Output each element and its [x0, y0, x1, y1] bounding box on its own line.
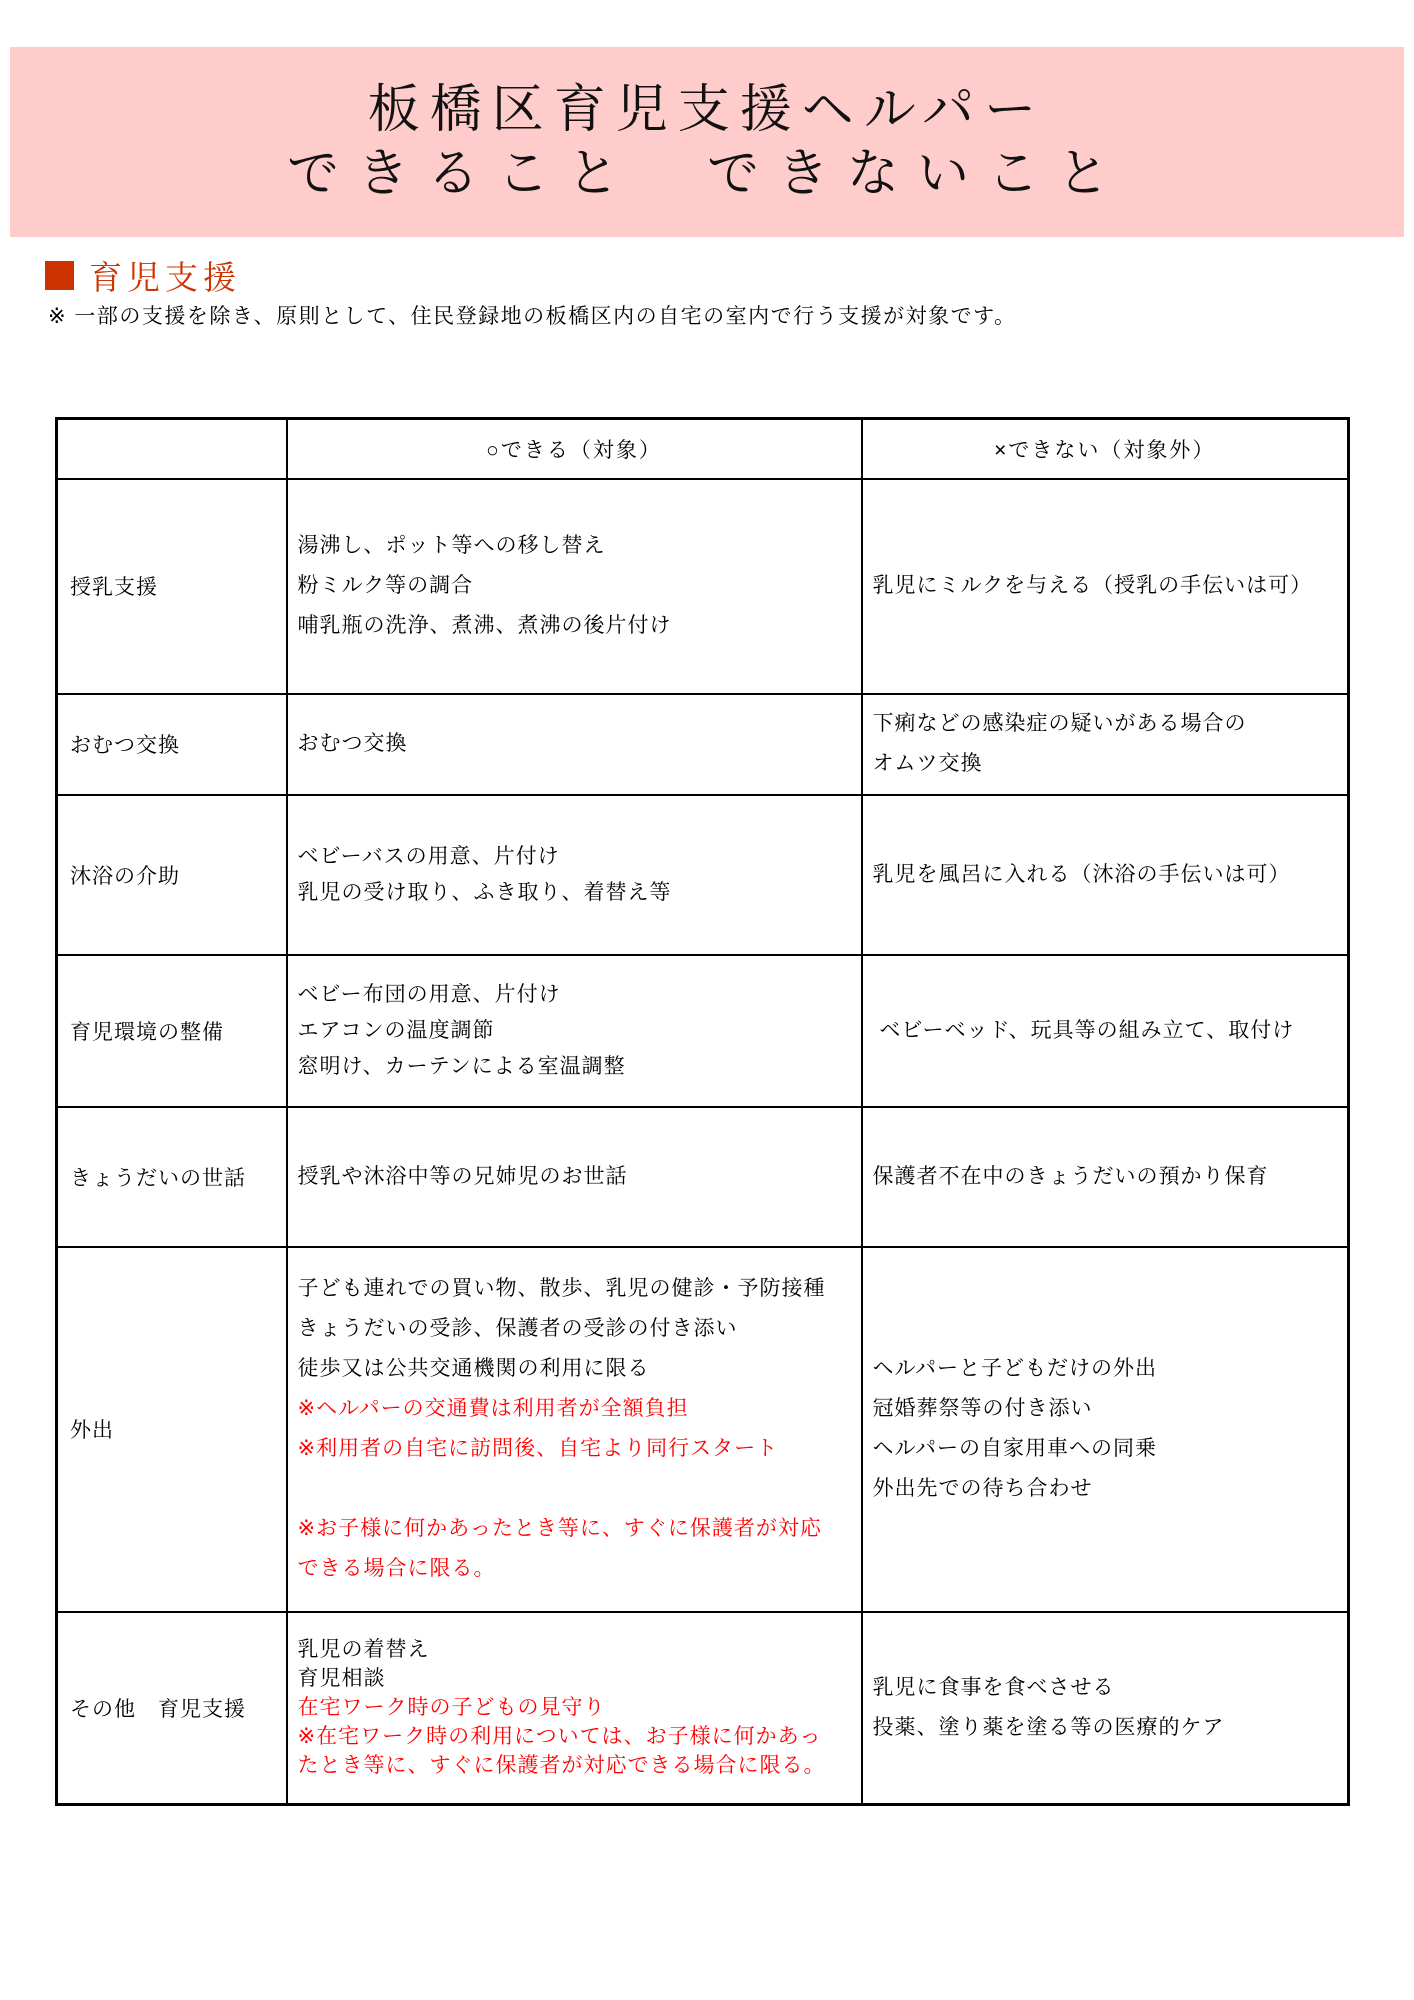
- cell-line: 乳児の受け取り、ふき取り、着替え等: [298, 875, 855, 911]
- cell-line: ※在宅ワーク時の利用については、お子様に何かあっ: [298, 1722, 855, 1751]
- cell-line: 冠婚葬祭等の付き添い: [873, 1389, 1342, 1429]
- cell-line: オムツ交換: [873, 744, 1342, 784]
- page-title-line1: 板橋区育児支援ヘルパー: [287, 78, 1127, 142]
- page-title: 板橋区育児支援ヘルパー できること できないこと: [287, 78, 1127, 206]
- cell-line: 湯沸し、ポット等への移し替え: [298, 526, 855, 566]
- can-cell: 湯沸し、ポット等への移し替え粉ミルク等の調合哺乳瓶の洗浄、煮沸、煮沸の後片付け: [287, 479, 862, 694]
- header-can-cell: ○できる（対象）: [287, 419, 862, 479]
- table-row: 外出子ども連れでの買い物、散歩、乳児の健診・予防接種きょうだいの受診、保護者の受…: [57, 1247, 1349, 1612]
- table-row: おむつ交換おむつ交換下痢などの感染症の疑いがある場合のオムツ交換: [57, 694, 1349, 795]
- table-row: その他 育児支援乳児の着替え育児相談在宅ワーク時の子どもの見守り※在宅ワーク時の…: [57, 1612, 1349, 1805]
- can-cell: ベビー布団の用意、片付けエアコンの温度調節窓明け、カーテンによる室温調整: [287, 955, 862, 1107]
- cell-line: ベビーバスの用意、片付け: [298, 839, 855, 875]
- table-row: 育児環境の整備ベビー布団の用意、片付けエアコンの温度調節窓明け、カーテンによる室…: [57, 955, 1349, 1107]
- table-header-row: ○できる（対象） ×できない（対象外）: [57, 419, 1349, 479]
- row-label-cell: 沐浴の介助: [57, 795, 287, 955]
- cell-line: 子ども連れでの買い物、散歩、乳児の健診・予防接種: [298, 1269, 855, 1309]
- cell-line: 在宅ワーク時の子どもの見守り: [298, 1693, 855, 1722]
- row-label-cell: 外出: [57, 1247, 287, 1612]
- cell-line: ※お子様に何かあったとき等に、すぐに保護者が対応: [298, 1509, 855, 1549]
- cell-line: 授乳や沐浴中等の兄姉児のお世話: [298, 1159, 855, 1195]
- cannot-cell: ベビーベッド、玩具等の組み立て、取付け: [862, 955, 1349, 1107]
- can-cell: 授乳や沐浴中等の兄姉児のお世話: [287, 1107, 862, 1247]
- section-heading-label: 育児支援: [89, 252, 241, 299]
- header-cannot-cell: ×できない（対象外）: [862, 419, 1349, 479]
- cell-line: きょうだいの受診、保護者の受診の付き添い: [298, 1309, 855, 1349]
- cell-line: ベビー布団の用意、片付け: [298, 977, 855, 1013]
- cannot-cell: 乳児に食事を食べさせる投薬、塗り薬を塗る等の医療的ケア: [862, 1612, 1349, 1805]
- cell-line: 下痢などの感染症の疑いがある場合の: [873, 704, 1342, 744]
- cell-line: 哺乳瓶の洗浄、煮沸、煮沸の後片付け: [298, 606, 855, 646]
- title-banner: 板橋区育児支援ヘルパー できること できないこと: [10, 47, 1404, 237]
- cell-line: できる場合に限る。: [298, 1549, 855, 1589]
- can-cell: ベビーバスの用意、片付け乳児の受け取り、ふき取り、着替え等: [287, 795, 862, 955]
- cell-line: エアコンの温度調節: [298, 1013, 855, 1049]
- cell-line: 投薬、塗り薬を塗る等の医療的ケア: [873, 1708, 1342, 1748]
- cell-line: 窓明け、カーテンによる室温調整: [298, 1049, 855, 1085]
- cell-line: 乳児の着替え: [298, 1635, 855, 1664]
- can-cell: 乳児の着替え育児相談在宅ワーク時の子どもの見守り※在宅ワーク時の利用については、…: [287, 1612, 862, 1805]
- row-label-cell: 授乳支援: [57, 479, 287, 694]
- section-bullet-square-icon: [45, 261, 74, 290]
- cell-line: 外出先での待ち合わせ: [873, 1469, 1342, 1509]
- row-label-cell: その他 育児支援: [57, 1612, 287, 1805]
- table-row: きょうだいの世話授乳や沐浴中等の兄姉児のお世話保護者不在中のきょうだいの預かり保…: [57, 1107, 1349, 1247]
- scope-note: ※ 一部の支援を除き、原則として、住民登録地の板橋区内の自宅の室内で行う支援が対…: [48, 300, 1017, 330]
- cell-line: 保護者不在中のきょうだいの預かり保育: [873, 1157, 1342, 1197]
- cannot-cell: 保護者不在中のきょうだいの預かり保育: [862, 1107, 1349, 1247]
- cell-line: 徒歩又は公共交通機関の利用に限る: [298, 1349, 855, 1389]
- page-title-line2: できること できないこと: [287, 142, 1127, 206]
- cannot-cell: 乳児を風呂に入れる（沐浴の手伝いは可）: [862, 795, 1349, 955]
- cell-line: ヘルパーの自家用車への同乗: [873, 1429, 1342, 1469]
- table-row: 沐浴の介助ベビーバスの用意、片付け乳児の受け取り、ふき取り、着替え等乳児を風呂に…: [57, 795, 1349, 955]
- cell-line: 育児相談: [298, 1664, 855, 1693]
- can-cell: おむつ交換: [287, 694, 862, 795]
- row-label-cell: 育児環境の整備: [57, 955, 287, 1107]
- cell-line: 乳児を風呂に入れる（沐浴の手伝いは可）: [873, 855, 1342, 895]
- cell-line: [298, 1469, 855, 1509]
- cannot-cell: 乳児にミルクを与える（授乳の手伝いは可）: [862, 479, 1349, 694]
- cannot-cell: ヘルパーと子どもだけの外出冠婚葬祭等の付き添いヘルパーの自家用車への同乗外出先で…: [862, 1247, 1349, 1612]
- cell-line: ※ヘルパーの交通費は利用者が全額負担: [298, 1389, 855, 1429]
- cell-line: おむつ交換: [298, 726, 855, 762]
- cell-line: ヘルパーと子どもだけの外出: [873, 1349, 1342, 1389]
- cannot-cell: 下痢などの感染症の疑いがある場合のオムツ交換: [862, 694, 1349, 795]
- cell-line: 乳児に食事を食べさせる: [873, 1668, 1342, 1708]
- cell-line: 粉ミルク等の調合: [298, 566, 855, 606]
- cell-line: たとき等に、すぐに保護者が対応できる場合に限る。: [298, 1751, 855, 1780]
- table-row: 授乳支援湯沸し、ポット等への移し替え粉ミルク等の調合哺乳瓶の洗浄、煮沸、煮沸の後…: [57, 479, 1349, 694]
- row-label-cell: きょうだいの世話: [57, 1107, 287, 1247]
- can-cell: 子ども連れでの買い物、散歩、乳児の健診・予防接種きょうだいの受診、保護者の受診の…: [287, 1247, 862, 1612]
- cell-line: ※利用者の自宅に訪問後、自宅より同行スタート: [298, 1429, 855, 1469]
- header-category-cell: [57, 419, 287, 479]
- cell-line: 乳児にミルクを与える（授乳の手伝いは可）: [873, 566, 1342, 606]
- cell-line: ベビーベッド、玩具等の組み立て、取付け: [873, 1011, 1342, 1051]
- section-heading: 育児支援: [45, 252, 241, 299]
- row-label-cell: おむつ交換: [57, 694, 287, 795]
- support-table: ○できる（対象） ×できない（対象外） 授乳支援湯沸し、ポット等への移し替え粉ミ…: [55, 417, 1350, 1806]
